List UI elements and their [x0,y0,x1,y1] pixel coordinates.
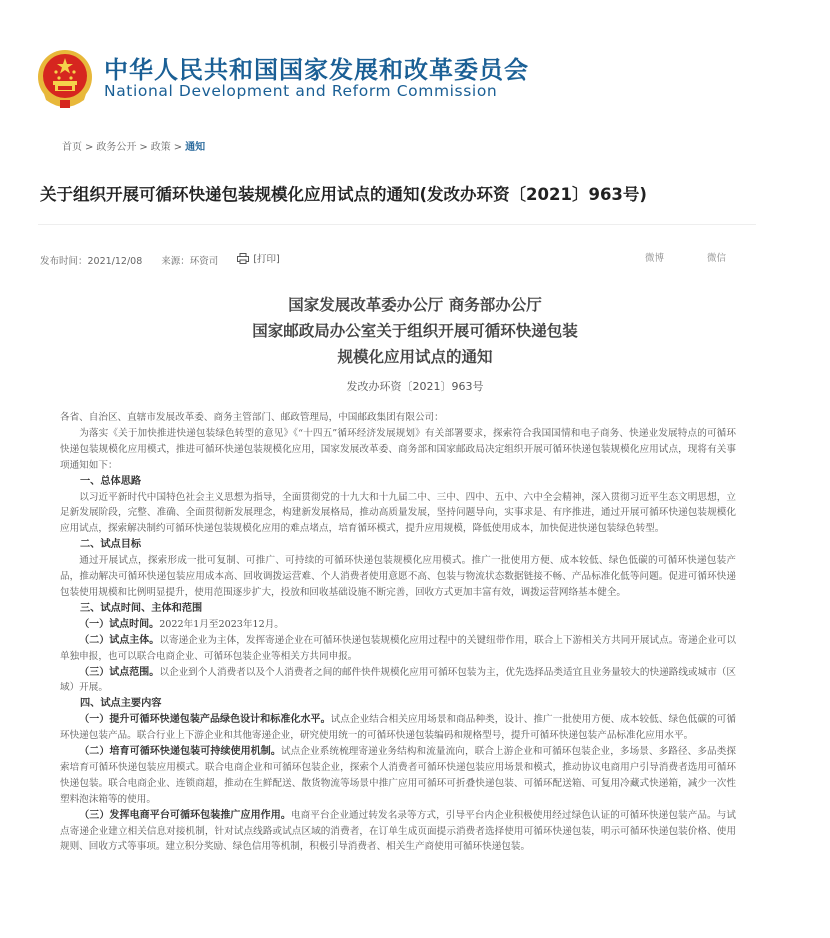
breadcrumb-separator: > [139,142,147,153]
section-3-title: 三、试点时间、主体和范围 [60,601,736,617]
section-4-2: （二）培育可循环快递包装可持续使用机制。试点企业系统梳理寄递业务结构和流量流向，… [60,744,736,808]
document-body: 各省、自治区、直辖市发展改革委、商务主管部门、邮政管理局，中国邮政集团有限公司：… [60,410,736,855]
source: 来源：环资司 [161,256,218,267]
section-2-title: 二、试点目标 [60,537,736,553]
share-wechat-button[interactable]: 微信 [707,250,726,264]
breadcrumb-government-affairs[interactable]: 政务公开 [96,142,136,153]
document-number: 发改办环资〔2021〕963号 [0,378,830,394]
document-heading-line-2: 国家邮政局办公室关于组织开展可循环快递包装 [0,319,830,341]
section-3-1-text: 2022年1月至2023年12月。 [159,619,284,630]
site-header: 中华人民共和国国家发展和改革委员会 National Development a… [36,44,516,114]
printer-icon [237,253,249,264]
section-3-3: （三）试点范围。以企业到个人消费者以及个人消费者之间的邮件快件规模化应用可循环包… [60,665,736,697]
publish-date: 发布时间：2021/12/08 [40,256,142,267]
section-4-2-label: （二）培育可循环快递包装可持续使用机制。 [79,746,281,757]
share-weibo-button[interactable]: 微博 [645,250,664,264]
document-heading-line-1: 国家发展改革委办公厅 商务部办公厅 [0,293,830,315]
section-1-text: 以习近平新时代中国特色社会主义思想为指导，全面贯彻党的十九大和十九届二中、三中、… [60,490,736,538]
org-name-en: National Development and Reform Commissi… [104,82,497,100]
print-button[interactable]: [打印] [237,251,295,265]
section-3-2-text: 以寄递企业为主体，发挥寄递企业在可循环快递包装规模化应用过程中的关键纽带作用，联… [60,635,736,662]
breadcrumb-separator: > [174,142,182,153]
section-1-title: 一、总体思路 [60,474,736,490]
section-4-1: （一）提升可循环快递包装产品绿色设计和标准化水平。试点企业结合相关应用场景和商品… [60,712,736,744]
breadcrumb-policy[interactable]: 政策 [151,142,171,153]
section-4-title: 四、试点主要内容 [60,696,736,712]
section-4-3-label: （三）发挥电商平台可循环包装推广应用作用。 [79,810,291,821]
section-3-1-label: （一）试点时间。 [79,619,159,630]
section-3-2: （二）试点主体。以寄递企业为主体，发挥寄递企业在可循环快递包装规模化应用过程中的… [60,633,736,665]
title-divider [38,224,756,225]
section-3-3-label: （三）试点范围。 [79,667,159,678]
breadcrumb: 首页>政务公开>政策>通知 [62,138,205,153]
national-emblem-icon [36,48,94,110]
intro-paragraph: 为落实《关于加快推进快递包装绿色转型的意见》《“十四五”循环经济发展规划》有关部… [60,426,736,474]
breadcrumb-home[interactable]: 首页 [62,142,82,153]
print-label: [打印] [253,251,279,265]
document-heading-line-3: 规模化应用试点的通知 [0,345,830,367]
section-3-3-text: 以企业到个人消费者以及个人消费者之间的邮件快件规模化应用可循环包装为主，优先选择… [60,667,736,694]
article-meta: 发布时间：2021/12/08 来源：环资司 [打印] [40,251,312,267]
section-3-2-label: （二）试点主体。 [79,635,159,646]
org-name-cn: 中华人民共和国国家发展和改革委员会 [104,50,529,85]
salutation: 各省、自治区、直辖市发展改革委、商务主管部门、邮政管理局，中国邮政集团有限公司： [60,410,736,426]
section-4-1-label: （一）提升可循环快递包装产品绿色设计和标准化水平。 [79,714,330,725]
breadcrumb-separator: > [85,142,93,153]
breadcrumb-notice[interactable]: 通知 [185,142,205,153]
section-2-text: 通过开展试点，探索形成一批可复制、可推广、可持续的可循环快递包装规模化应用模式。… [60,553,736,601]
page-title: 关于组织开展可循环快递包装规模化应用试点的通知(发改办环资〔2021〕963号) [40,181,647,205]
section-3-1: （一）试点时间。2022年1月至2023年12月。 [60,617,736,633]
section-4-3: （三）发挥电商平台可循环包装推广应用作用。电商平台企业通过转发名录等方式，引导平… [60,808,736,856]
